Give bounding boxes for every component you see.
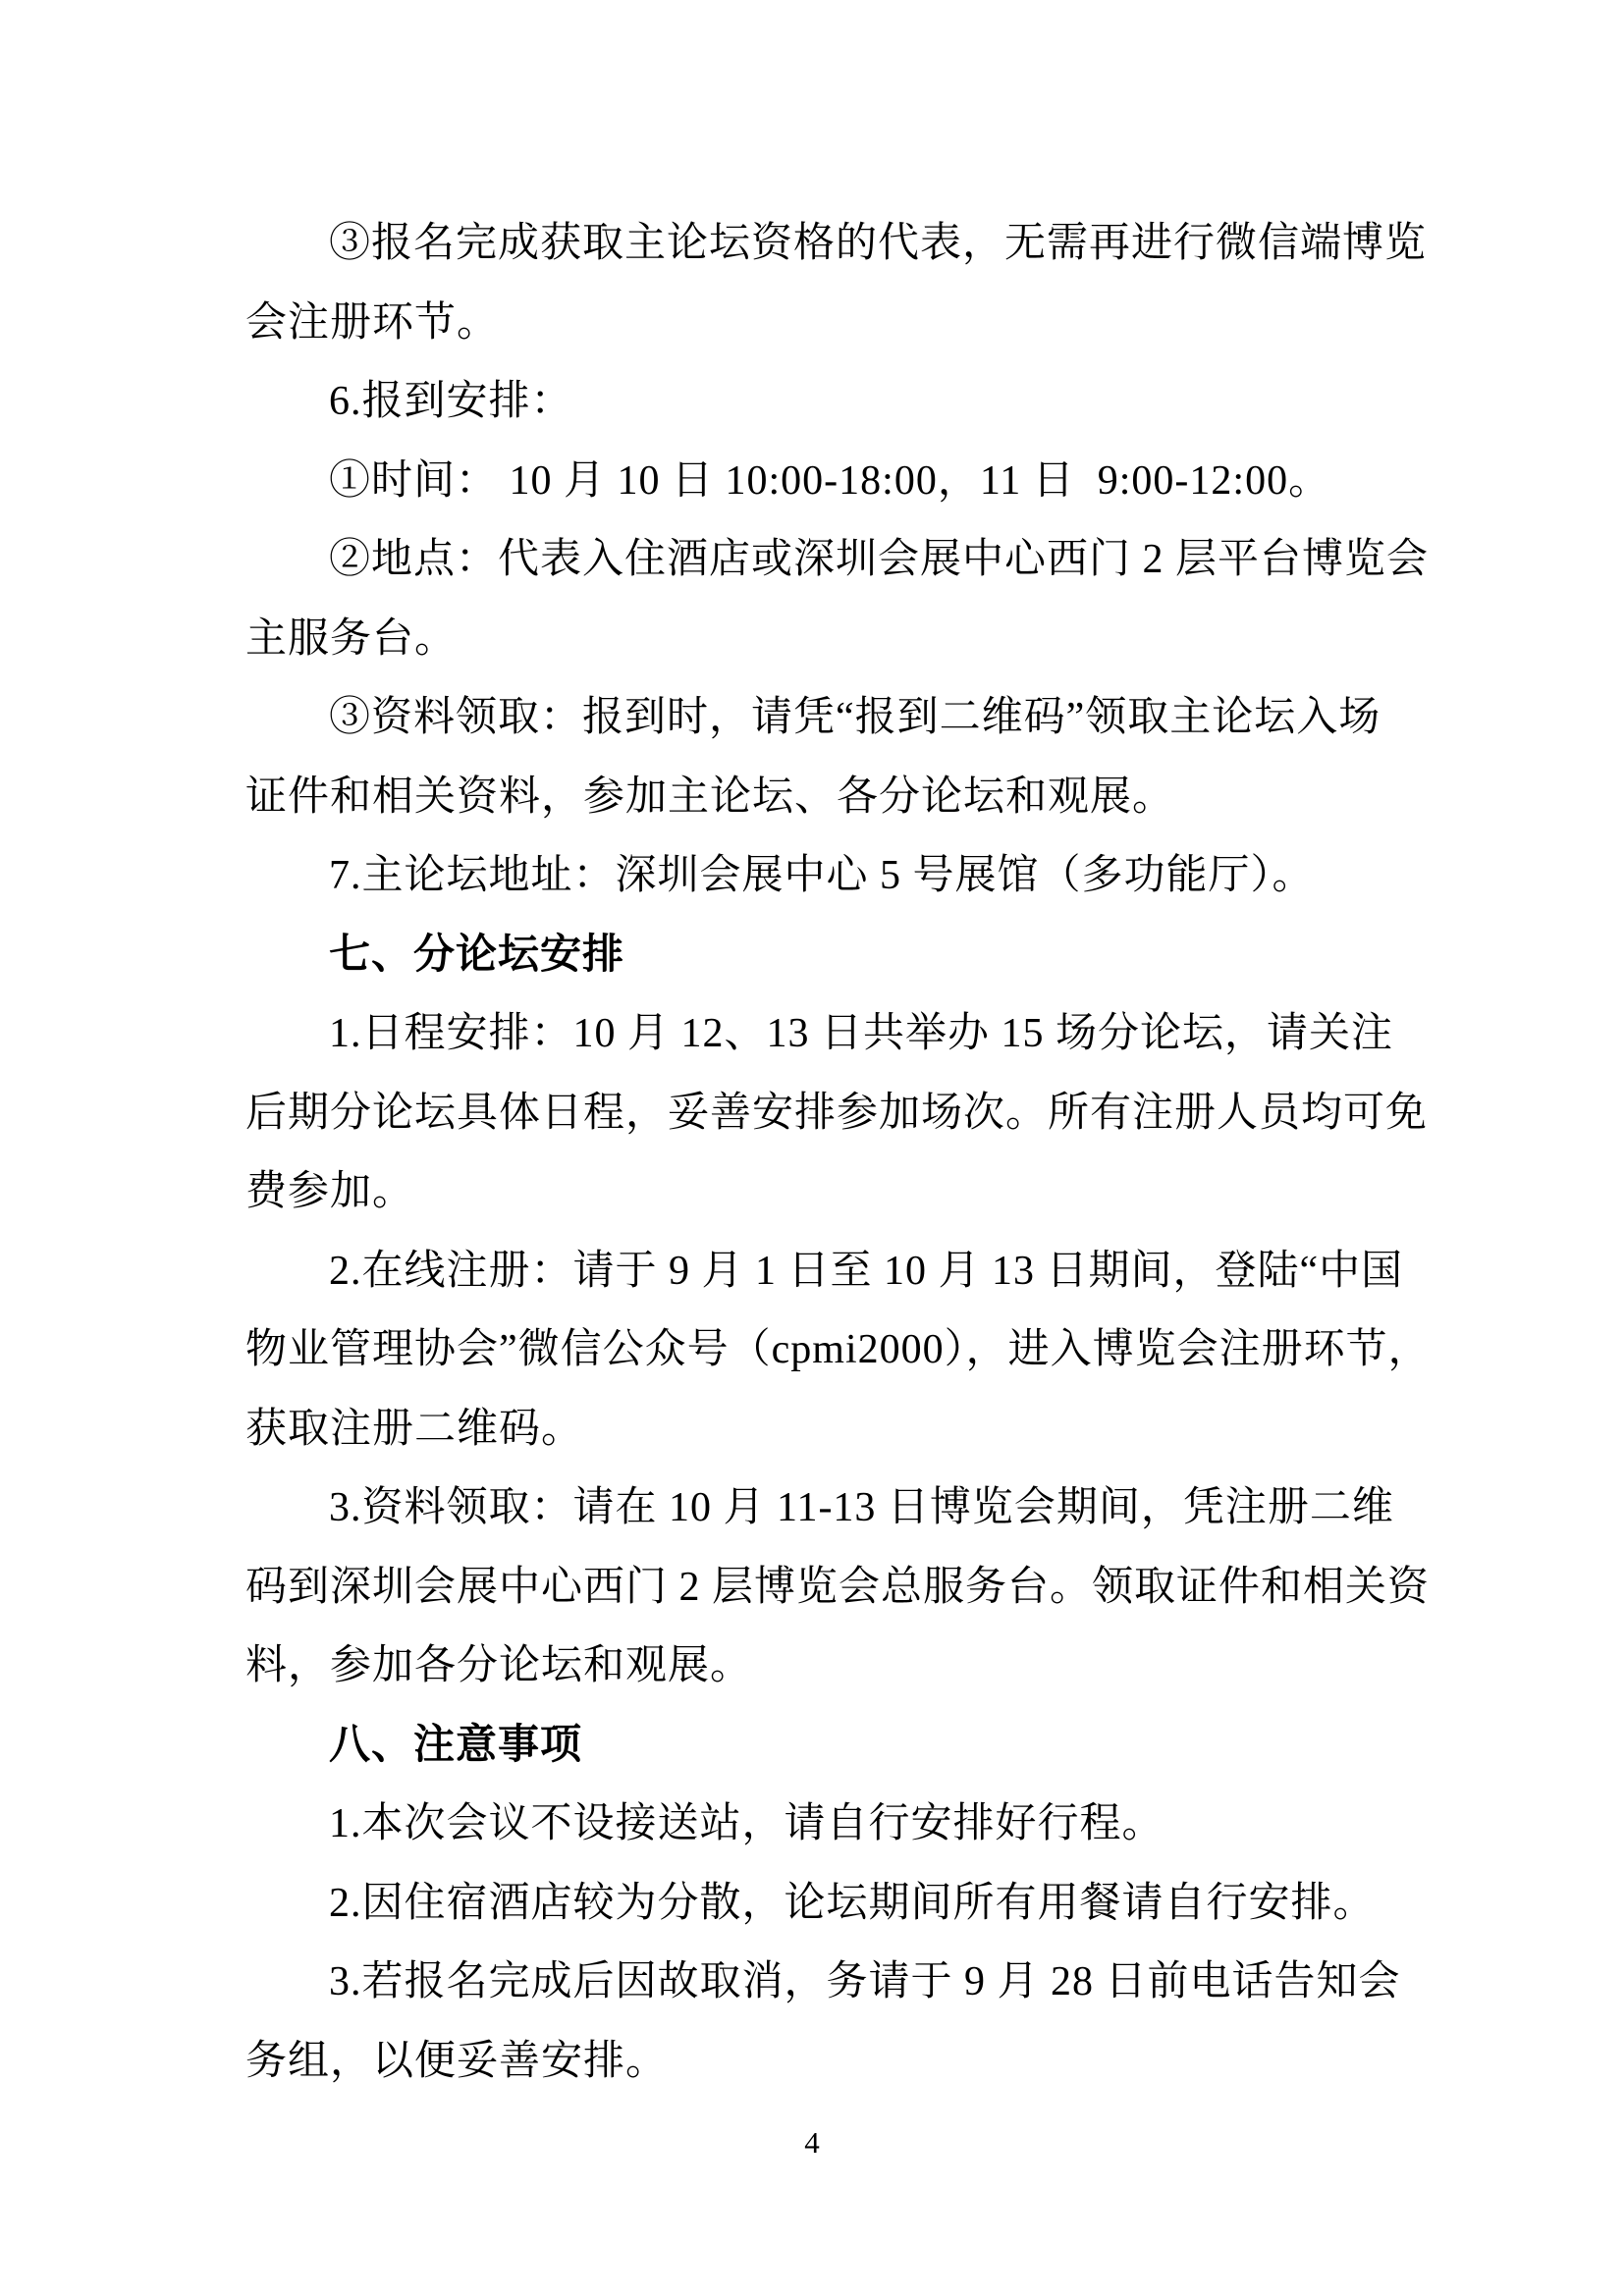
text-line: 费参加。 [245,1152,1384,1232]
text-line: 2.在线注册：请于 9 月 1 日至 10 月 13 日期间，登陆“中国 [245,1232,1384,1311]
page-number: 4 [0,2123,1624,2163]
text-line: 3.资料领取：请在 10 月 11-13 日博览会期间，凭注册二维 [245,1468,1384,1548]
text-line: ②地点：代表入住酒店或深圳会展中心西门 2 层平台博览会 [245,520,1384,600]
text-line: 务组，以便妥善安排。 [245,2022,1384,2102]
text-line: 3.若报名完成后因故取消，务请于 9 月 28 日前电话告知会 [245,1943,1384,2022]
text-line: 会注册环节。 [245,284,1384,363]
text-line: 获取注册二维码。 [245,1390,1384,1469]
text-line: ①时间： 10 月 10 日 10:00-18:00，11 日 9:00-12:… [245,442,1384,521]
text-line: 后期分论坛具体日程，妥善安排参加场次。所有注册人员均可免 [245,1074,1384,1153]
section-heading: 八、注意事项 [245,1706,1384,1786]
text-line: ③报名完成获取主论坛资格的代表，无需再进行微信端博览 [245,204,1384,284]
text-line: 7.主论坛地址：深圳会展中心 5 号展馆（多功能厅）。 [245,836,1384,916]
section-heading: 七、分论坛安排 [245,916,1384,995]
text-line: 码到深圳会展中心西门 2 层博览会总服务台。领取证件和相关资 [245,1548,1384,1628]
text-line: 料，参加各分论坛和观展。 [245,1627,1384,1706]
document-page: ③报名完成获取主论坛资格的代表，无需再进行微信端博览会注册环节。6.报到安排：①… [0,0,1624,2296]
text-line: 6.报到安排： [245,362,1384,442]
text-line: ③资料领取：报到时，请凭“报到二维码”领取主论坛入场 [245,678,1384,758]
text-line: 主服务台。 [245,600,1384,679]
text-line: 1.本次会议不设接送站，请自行安排好行程。 [245,1785,1384,1864]
text-line: 证件和相关资料，参加主论坛、各分论坛和观展。 [245,758,1384,837]
document-body: ③报名完成获取主论坛资格的代表，无需再进行微信端博览会注册环节。6.报到安排：①… [245,204,1384,2101]
text-line: 2.因住宿酒店较为分散，论坛期间所有用餐请自行安排。 [245,1864,1384,1944]
text-line: 物业管理协会”微信公众号（cpmi2000），进入博览会注册环节， [245,1310,1384,1390]
text-line: 1.日程安排：10 月 12、13 日共举办 15 场分论坛，请关注 [245,994,1384,1074]
